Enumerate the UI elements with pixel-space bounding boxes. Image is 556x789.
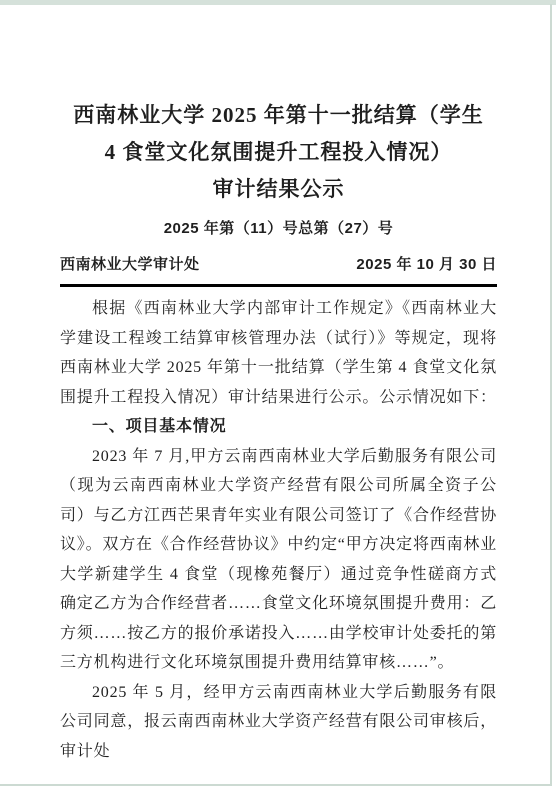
document-title-line-3: 审计结果公示: [60, 171, 497, 208]
issuer-row: 西南林业大学审计处 2025 年 10 月 30 日: [60, 254, 497, 275]
header-divider-rule: [60, 284, 497, 287]
viewer-top-edge: [0, 0, 556, 5]
document-title-line-1: 西南林业大学 2025 年第十一批结算（学生: [60, 97, 497, 134]
document-number: 2025 年第（11）号总第（27）号: [60, 219, 497, 239]
body-paragraph-agreement: 2023 年 7 月,甲方云南西南林业大学后勤服务有限公司（现为云南西南林业大学…: [60, 442, 497, 678]
page-content: 西南林业大学 2025 年第十一批结算（学生 4 食堂文化氛围提升工程投入情况）…: [60, 97, 497, 766]
document-title-line-2: 4 食堂文化氛围提升工程投入情况）: [60, 134, 497, 171]
document-body: 根据《西南林业大学内部审计工作规定》《西南林业大学建设工程竣工结算审核管理办法（…: [60, 294, 497, 766]
document-page: 西南林业大学 2025 年第十一批结算（学生 4 食堂文化氛围提升工程投入情况）…: [0, 0, 556, 789]
document-title: 西南林业大学 2025 年第十一批结算（学生 4 食堂文化氛围提升工程投入情况）…: [60, 97, 497, 208]
publish-date: 2025 年 10 月 30 日: [356, 254, 497, 275]
issuer-name: 西南林业大学审计处: [60, 254, 200, 275]
viewer-bottom-edge: [0, 784, 552, 786]
section-heading-basic-info: 一、项目基本情况: [60, 412, 497, 442]
body-paragraph-intro: 根据《西南林业大学内部审计工作规定》《西南林业大学建设工程竣工结算审核管理办法（…: [60, 294, 497, 412]
body-paragraph-approval: 2025 年 5 月，经甲方云南西南林业大学后勤服务有限公司同意，报云南西南林业…: [60, 678, 497, 767]
viewer-right-edge: [550, 4, 552, 786]
